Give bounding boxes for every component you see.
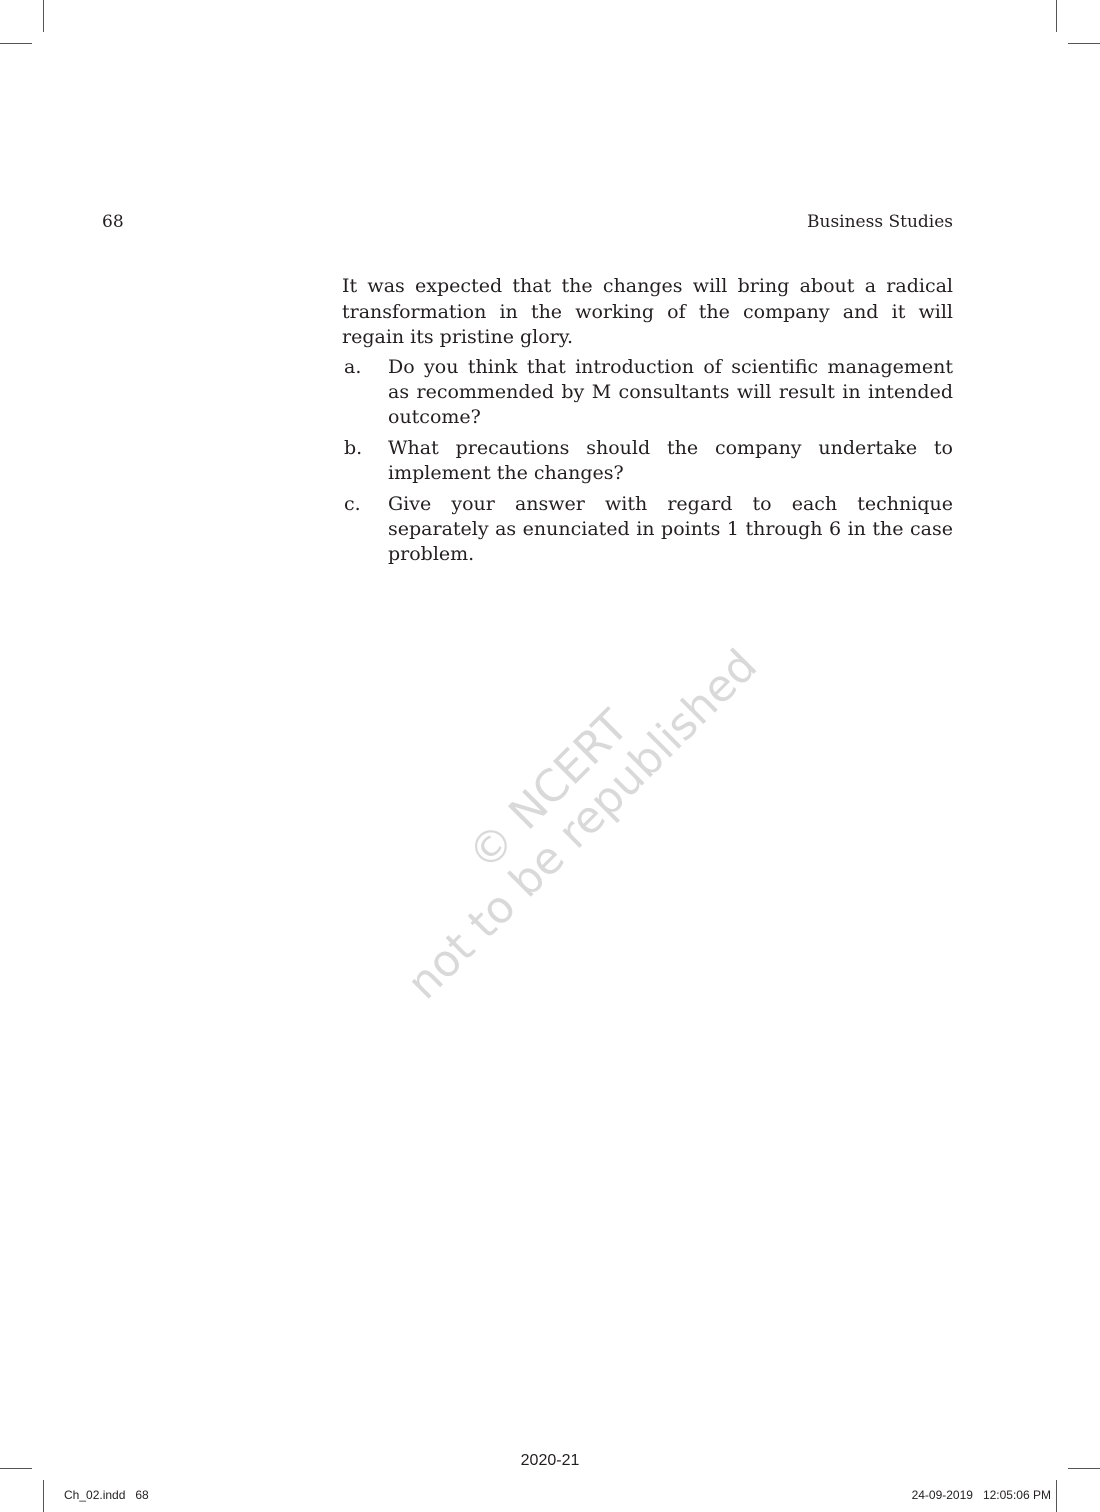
crop-mark-bottom-left-vertical bbox=[43, 1480, 44, 1512]
crop-mark-top-right-horizontal bbox=[1068, 43, 1100, 44]
question-marker: c. bbox=[344, 492, 361, 517]
slug-file-name: Ch_02.indd 68 bbox=[64, 1488, 149, 1502]
footer-year: 2020-21 bbox=[0, 1452, 1100, 1470]
question-text: Give your answer with regard to each tec… bbox=[388, 493, 953, 565]
watermark-line-1: © NCERT bbox=[365, 607, 732, 974]
body-paragraph: It was expected that the changes will br… bbox=[342, 274, 953, 351]
question-text: Do you think that introduction of scient… bbox=[388, 356, 953, 428]
page-number: 68 bbox=[102, 212, 124, 232]
question-list: a. Do you think that introduction of sci… bbox=[342, 355, 953, 573]
watermark-line-2: not to be republished bbox=[399, 641, 766, 1008]
question-item: b. What precautions should the company u… bbox=[342, 436, 953, 486]
running-head: Business Studies bbox=[807, 212, 953, 232]
question-marker: a. bbox=[344, 355, 361, 380]
watermark: © NCERT not to be republished bbox=[365, 607, 766, 1008]
crop-mark-top-right-vertical bbox=[1056, 0, 1057, 32]
crop-mark-bottom-right-vertical bbox=[1056, 1480, 1057, 1512]
question-text: What precautions should the company unde… bbox=[388, 437, 953, 484]
question-item: c. Give your answer with regard to each … bbox=[342, 492, 953, 567]
crop-mark-top-left-vertical bbox=[43, 0, 44, 32]
question-marker: b. bbox=[344, 436, 362, 461]
slug-timestamp: 24-09-2019 12:05:06 PM bbox=[912, 1488, 1051, 1502]
question-item: a. Do you think that introduction of sci… bbox=[342, 355, 953, 430]
crop-mark-top-left-horizontal bbox=[0, 43, 32, 44]
